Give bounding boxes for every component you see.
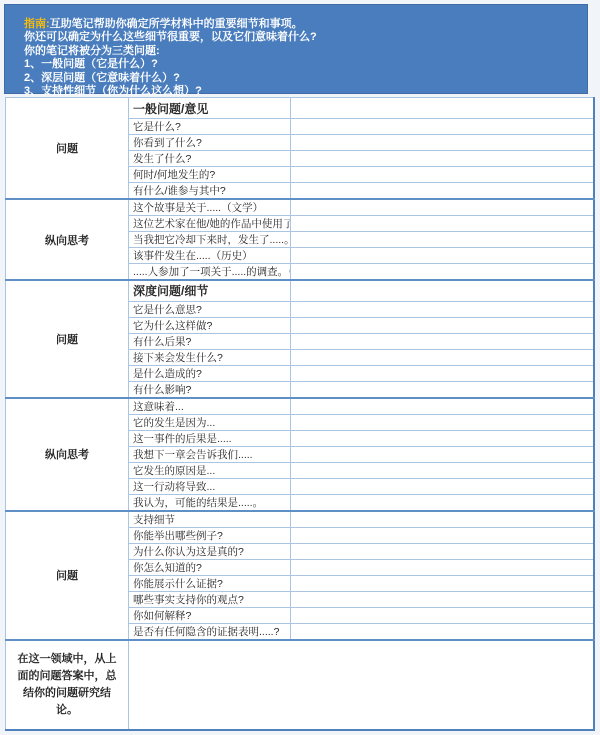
instruction-line: 指南:互助笔记帮助你确定所学材料中的重要细节和事项。 bbox=[24, 18, 581, 31]
question-cell: 你如何解释? bbox=[129, 607, 291, 623]
question-cell: 这位艺术家在他/她的作品中使用了.....风格。 bbox=[129, 216, 291, 232]
instruction-text: 互助笔记帮助你确定所学材料中的重要细节和事项。 bbox=[50, 18, 303, 30]
answer-cell[interactable] bbox=[291, 301, 595, 317]
answer-cell[interactable] bbox=[291, 365, 595, 381]
answer-cell[interactable] bbox=[291, 591, 595, 607]
question-cell: 它是什么意思? bbox=[129, 301, 291, 317]
section-label: 问题 bbox=[6, 98, 129, 200]
question-cell: 接下来会发生什么? bbox=[129, 349, 291, 365]
question-cell: 有什么/谁参与其中? bbox=[129, 183, 291, 200]
answer-cell[interactable] bbox=[291, 333, 595, 349]
question-cell: 这个故事是关于.....（文学） bbox=[129, 199, 291, 216]
answer-cell[interactable] bbox=[291, 216, 595, 232]
instruction-line: 你还可以确定为什么这些细节很重要，以及它们意味着什么? bbox=[24, 31, 581, 44]
answer-cell[interactable] bbox=[291, 98, 595, 119]
question-cell: 有什么后果? bbox=[129, 333, 291, 349]
answer-cell[interactable] bbox=[291, 430, 595, 446]
question-cell: 是否有任何隐含的证据表明.....? bbox=[129, 623, 291, 640]
answer-cell[interactable] bbox=[291, 135, 595, 151]
answer-cell[interactable] bbox=[291, 623, 595, 640]
question-cell: 你看到了什么? bbox=[129, 135, 291, 151]
answer-cell[interactable] bbox=[291, 349, 595, 365]
answer-cell[interactable] bbox=[291, 446, 595, 462]
question-cell: 该事件发生在.....（历史） bbox=[129, 248, 291, 264]
question-cell: 我想下一章会告诉我们..... bbox=[129, 446, 291, 462]
question-cell: 它发生的原因是... bbox=[129, 462, 291, 478]
section-label: 问题 bbox=[6, 511, 129, 640]
question-cell: 它为什么这样做? bbox=[129, 317, 291, 333]
answer-cell[interactable] bbox=[291, 478, 595, 494]
question-cell: 这意味着... bbox=[129, 398, 291, 415]
answer-cell[interactable] bbox=[291, 151, 595, 167]
answer-cell[interactable] bbox=[291, 607, 595, 623]
question-cell: 何时/何地发生的? bbox=[129, 167, 291, 183]
instruction-line: 2、深层问题（它意味着什么）? bbox=[24, 72, 581, 85]
section-label: 纵向思考 bbox=[6, 398, 129, 511]
answer-cell[interactable] bbox=[291, 167, 595, 183]
instructions-panel: 指南:互助笔记帮助你确定所学材料中的重要细节和事项。 你还可以确定为什么这些细节… bbox=[4, 4, 588, 94]
answer-cell[interactable] bbox=[291, 381, 595, 398]
answer-cell[interactable] bbox=[291, 414, 595, 430]
worksheet-page: 指南:互助笔记帮助你确定所学材料中的重要细节和事项。 你还可以确定为什么这些细节… bbox=[0, 0, 600, 735]
question-cell: 你能举出哪些例子? bbox=[129, 527, 291, 543]
answer-cell[interactable] bbox=[291, 119, 595, 135]
summary-label-cell: 在这一领域中，从上面的问题答案中，总结你的问题研究结论。 bbox=[6, 640, 129, 730]
question-cell: 有什么影响? bbox=[129, 381, 291, 398]
question-cell: 这一行动将导致... bbox=[129, 478, 291, 494]
notes-table: 问题 一般问题/意见 它是什么? 你看到了什么? 发生了什么? 何时/何地发生的… bbox=[5, 97, 595, 731]
question-cell: 你能展示什么证据? bbox=[129, 575, 291, 591]
answer-cell[interactable] bbox=[291, 183, 595, 200]
answer-cell[interactable] bbox=[291, 280, 595, 301]
answer-cell[interactable] bbox=[291, 248, 595, 264]
instruction-line: 你的笔记将被分为三类问题: bbox=[24, 45, 581, 58]
answer-cell[interactable] bbox=[291, 511, 595, 528]
question-cell: 为什么你认为这是真的? bbox=[129, 543, 291, 559]
section-label: 纵向思考 bbox=[6, 199, 129, 280]
answer-cell[interactable] bbox=[291, 199, 595, 216]
question-cell: 它的发生是因为... bbox=[129, 414, 291, 430]
question-category-cell: 深度问题/细节 bbox=[129, 280, 291, 301]
answer-cell[interactable] bbox=[291, 462, 595, 478]
question-cell: 我认为，可能的结果是.....。 bbox=[129, 494, 291, 511]
answer-cell[interactable] bbox=[291, 559, 595, 575]
summary-answer-cell[interactable] bbox=[129, 640, 595, 730]
answer-cell[interactable] bbox=[291, 264, 595, 281]
answer-cell[interactable] bbox=[291, 527, 595, 543]
answer-cell[interactable] bbox=[291, 317, 595, 333]
answer-cell[interactable] bbox=[291, 543, 595, 559]
question-cell: 哪些事实支持你的观点? bbox=[129, 591, 291, 607]
question-cell: 支持细节 bbox=[129, 511, 291, 528]
question-cell: 是什么造成的? bbox=[129, 365, 291, 381]
answer-cell[interactable] bbox=[291, 494, 595, 511]
answer-cell[interactable] bbox=[291, 575, 595, 591]
instruction-line: 1、一般问题（它是什么）? bbox=[24, 58, 581, 71]
section-label: 问题 bbox=[6, 280, 129, 398]
question-cell: 你怎么知道的? bbox=[129, 559, 291, 575]
answer-cell[interactable] bbox=[291, 398, 595, 415]
question-category-cell: 一般问题/意见 bbox=[129, 98, 291, 119]
question-cell: .....人参加了一项关于.....的调查。（社会学） bbox=[129, 264, 291, 281]
question-cell: 发生了什么? bbox=[129, 151, 291, 167]
question-cell: 当我把它冷却下来时，发生了.....。 bbox=[129, 232, 291, 248]
answer-cell[interactable] bbox=[291, 232, 595, 248]
question-cell: 这一事件的后果是..... bbox=[129, 430, 291, 446]
guide-label: 指南: bbox=[24, 18, 50, 30]
question-cell: 它是什么? bbox=[129, 119, 291, 135]
